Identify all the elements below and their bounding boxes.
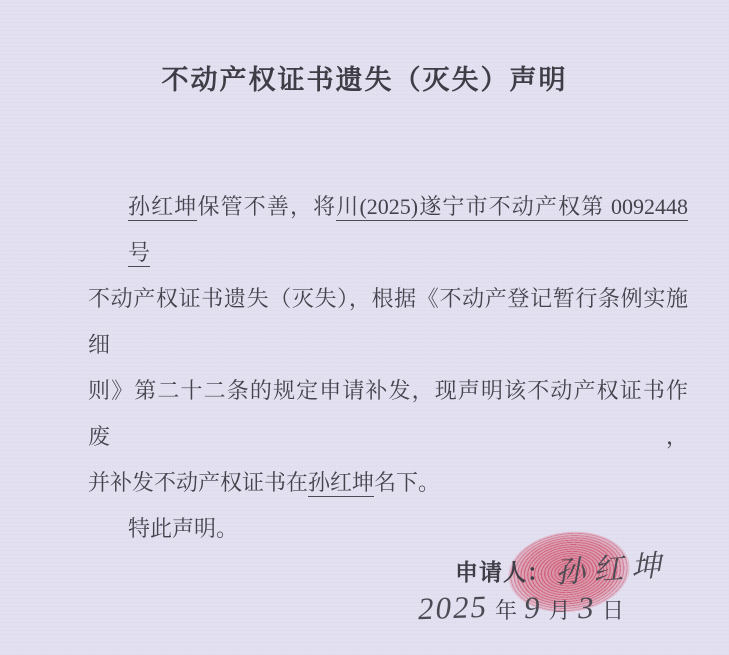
signature-row: 申请人： 孙红坤 bbox=[455, 548, 669, 592]
body-text: 并补发不动产权证书在 bbox=[88, 470, 308, 495]
scanned-document-page: 不动产权证书遗失（灭失）声明 孙红坤保管不善，将川(2025)遂宁市不动产权第 … bbox=[0, 0, 729, 655]
body-text: 名下。 bbox=[374, 470, 440, 495]
page-title: 不动产权证书遗失（灭失）声明 bbox=[0, 58, 729, 97]
body-line: 并补发不动产权证书在孙红坤名下。 bbox=[88, 460, 688, 506]
handwritten-signature: 孙红坤 bbox=[553, 540, 670, 592]
name-blank-underlined: 孙红坤 bbox=[128, 194, 197, 221]
body-text: 则》第二十二条的规定申请补发，现声明该不动产权证书作废， bbox=[88, 378, 688, 449]
day-unit-label: 日 bbox=[602, 594, 624, 625]
body-line: 则》第二十二条的规定申请补发，现声明该不动产权证书作废， bbox=[88, 368, 688, 460]
handwritten-day: 3 bbox=[577, 590, 596, 627]
body-line: 孙红坤保管不善，将川(2025)遂宁市不动产权第 0092448 号 bbox=[88, 184, 688, 276]
name-blank-underlined: 孙红坤 bbox=[308, 470, 374, 497]
date-row: 2025 年 9 月 3 日 bbox=[418, 590, 631, 626]
year-unit-label: 年 bbox=[495, 594, 517, 625]
handwritten-year: 2025 bbox=[417, 589, 488, 627]
body-line: 不动产权证书遗失（灭失），根据《不动产登记暂行条例实施细 bbox=[88, 276, 688, 368]
month-unit-label: 月 bbox=[549, 594, 571, 625]
body-text: 保管不善，将 bbox=[197, 194, 336, 219]
body-text: 特此声明。 bbox=[128, 516, 238, 541]
applicant-label: 申请人： bbox=[455, 554, 551, 587]
handwritten-month: 9 bbox=[523, 590, 542, 627]
declaration-body: 孙红坤保管不善，将川(2025)遂宁市不动产权第 0092448 号 不动产权证… bbox=[88, 184, 688, 552]
body-text: 不动产权证书遗失（灭失），根据《不动产登记暂行条例实施细 bbox=[88, 286, 688, 357]
